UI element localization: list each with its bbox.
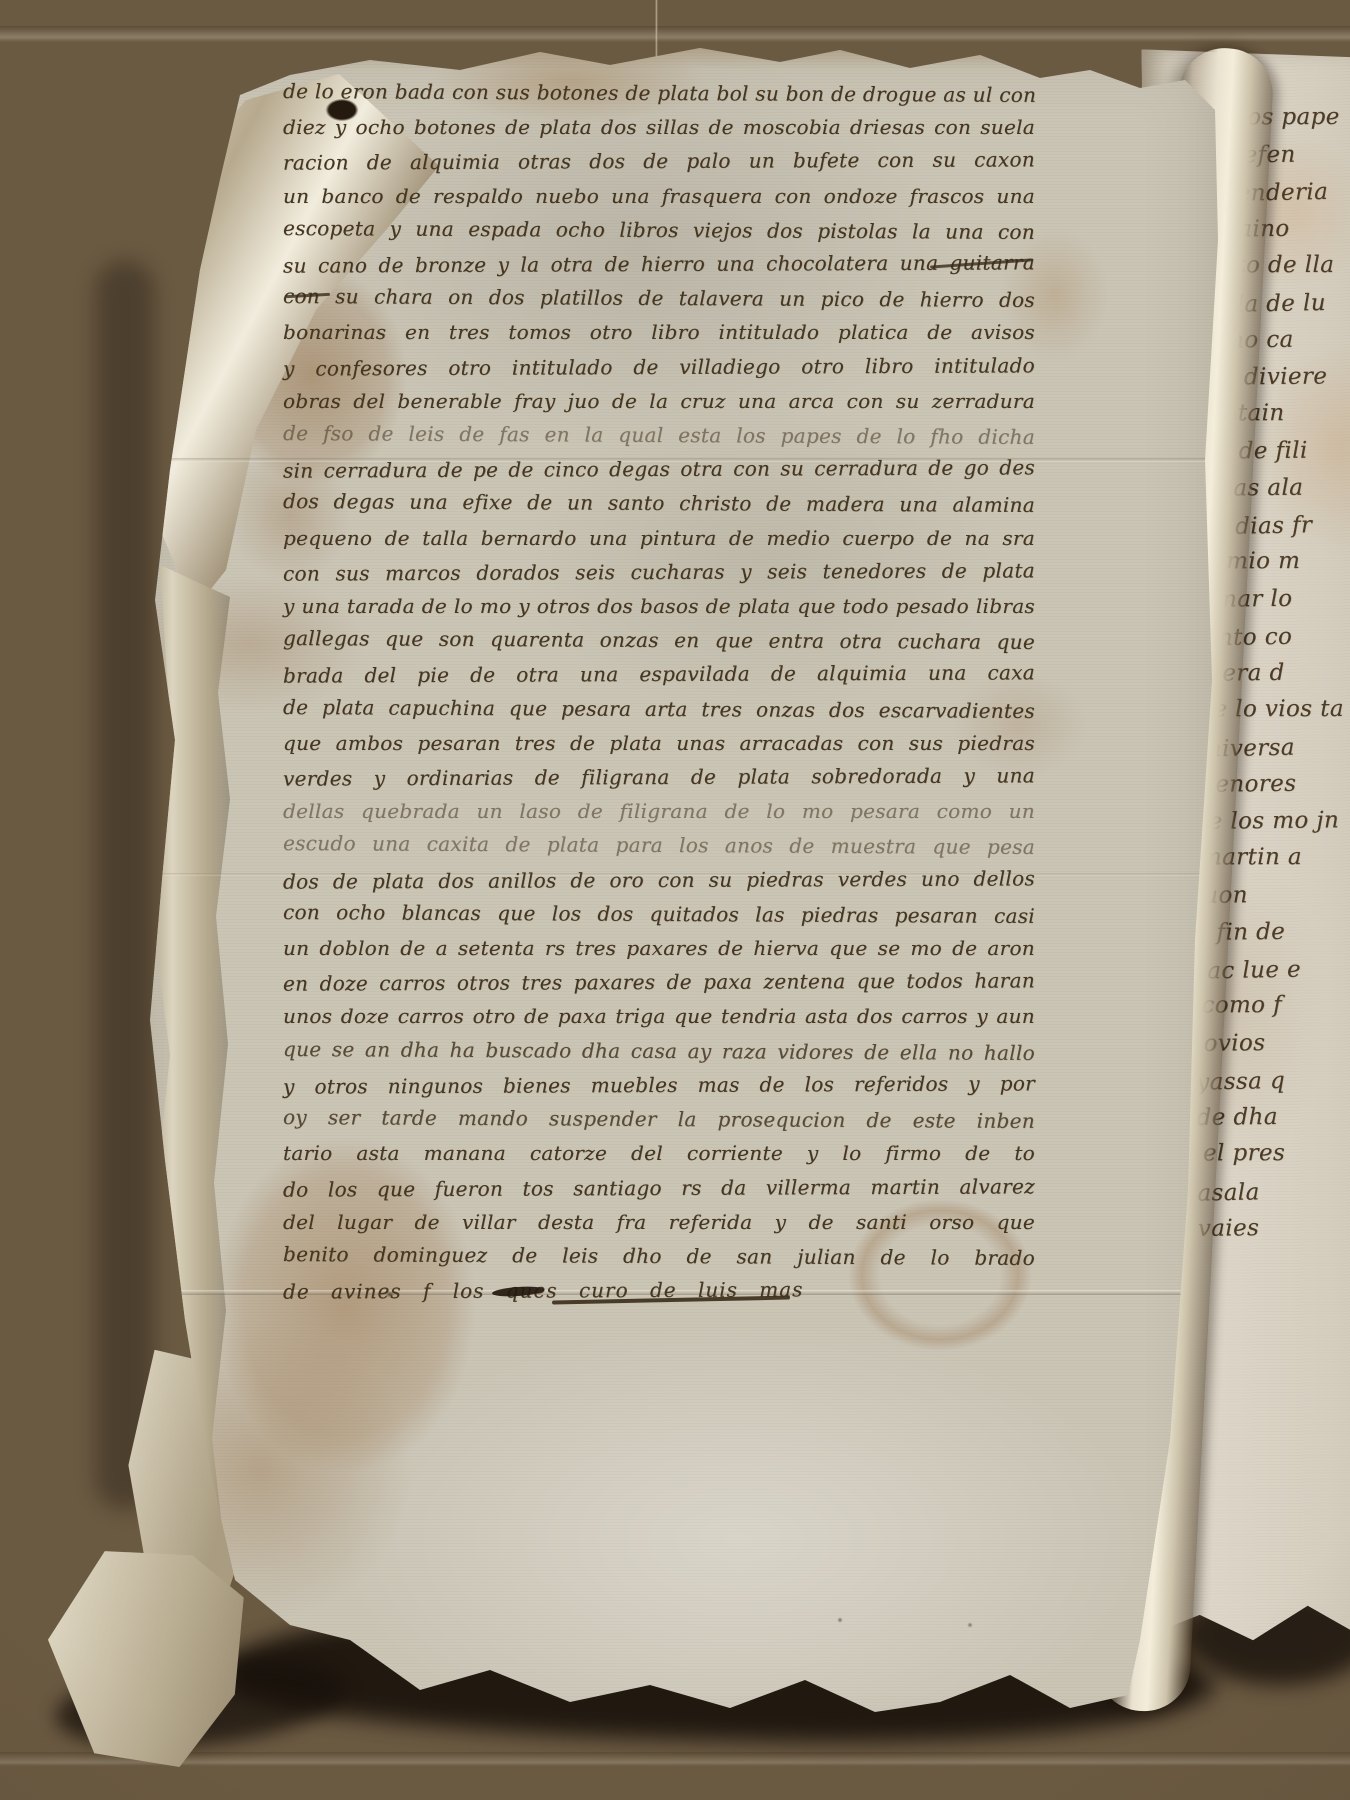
manuscript-line: de fso de leis de fas en la qual esta lo…: [283, 416, 1035, 454]
manuscript-line: unos doze carros otro de paxa triga que …: [283, 999, 1035, 1033]
manuscript-line: do los que fueron tos santiago rs da vil…: [283, 1169, 1035, 1206]
manuscript-line: obras del benerable fray juo de la cruz …: [283, 384, 1035, 418]
manuscript-line: escudo una caxita de plata para los anos…: [283, 827, 1035, 865]
manuscript-line: con ocho blancas que los dos quitados la…: [283, 895, 1035, 933]
manuscript-line: benito dominguez de leis dho de san juli…: [283, 1237, 1035, 1275]
manuscript-line: gallegas que son quarenta onzas en que e…: [283, 621, 1035, 659]
manuscript-line: oy ser tarde mando suspender la prosequc…: [283, 1100, 1035, 1138]
manuscript-line: vaies: [1198, 1207, 1350, 1248]
manuscript-line: dos degas una efixe de un santo christo …: [283, 484, 1035, 522]
manuscript-line: dellas quebrada un laso de filigrana de …: [283, 794, 1035, 828]
manuscript-line: su cano de bronze y la otra de hierro un…: [283, 245, 1035, 282]
manuscript-line: y confesores otro intitulado de villadie…: [283, 348, 1035, 385]
manuscript-line: tario asta manana catorze del corriente …: [283, 1136, 1035, 1170]
manuscript-line: verdes y ordinarias de filigrana de plat…: [283, 758, 1035, 795]
manuscript-line: el pres: [1203, 1134, 1350, 1172]
manuscript-line: de plata capuchina que pesara arta tres …: [283, 690, 1035, 728]
cardboard-groove-top: [0, 26, 1350, 42]
manuscript-text: de lo eron bada con sus botones de plata…: [283, 76, 1035, 1307]
manuscript-line: y una tarada de lo mo y otros dos basos …: [283, 589, 1035, 623]
manuscript-line: que ambos pesaran tres de plata unas arr…: [283, 726, 1035, 760]
manuscript-line: racion de alquimia otras dos de palo un …: [283, 143, 1035, 180]
manuscript-line: dos de plata dos anillos de oro con su p…: [283, 861, 1035, 898]
manuscript-line: brada del pie de otra una espavilada de …: [283, 656, 1035, 693]
manuscript-line: bonarinas en tres tomos otro libro intit…: [283, 315, 1035, 349]
manuscript-line: de lo eron bada con sus botones de plata…: [283, 74, 1035, 112]
manuscript-line: diez y ocho botones de plata dos sillas …: [283, 110, 1035, 144]
manuscript-line: pequeno de talla bernardo una pintura de…: [283, 521, 1035, 555]
manuscript-line: en doze carros otros tres paxares de pax…: [283, 964, 1035, 1001]
manuscript-line: escopeta y una espada ocho libros viejos…: [283, 211, 1035, 249]
page-shadow-left-edge: [95, 260, 155, 1510]
manuscript-line: con sus marcos dorados seis cucharas y s…: [283, 553, 1035, 590]
manuscript-line: con su chara on dos platillos de talaver…: [283, 279, 1035, 317]
manuscript-line: un banco de respaldo nuebo una frasquera…: [283, 179, 1035, 213]
main-page: de lo eron bada con sus botones de plata…: [140, 40, 1220, 1770]
manuscript-line: y otros ningunos bienes muebles mas de l…: [283, 1066, 1035, 1103]
manuscript-line: del lugar de villar desta fra referida y…: [283, 1205, 1035, 1239]
cardboard-groove-bottom: [0, 1752, 1350, 1766]
manuscript-line: que se an dha ha buscado dha casa ay raz…: [283, 1032, 1035, 1070]
manuscript-line: un doblon de a setenta rs tres paxares d…: [283, 931, 1035, 965]
manuscript-line: de avines f los ques curo de luis mas: [283, 1271, 1035, 1308]
photo-of-manuscript: sus los papelos defenyn venderiapsetaino…: [0, 0, 1350, 1800]
cardboard-seam: [655, 0, 658, 60]
manuscript-line: asala: [1197, 1168, 1350, 1213]
manuscript-line: sin cerradura de pe de cinco degas otra …: [283, 451, 1035, 488]
